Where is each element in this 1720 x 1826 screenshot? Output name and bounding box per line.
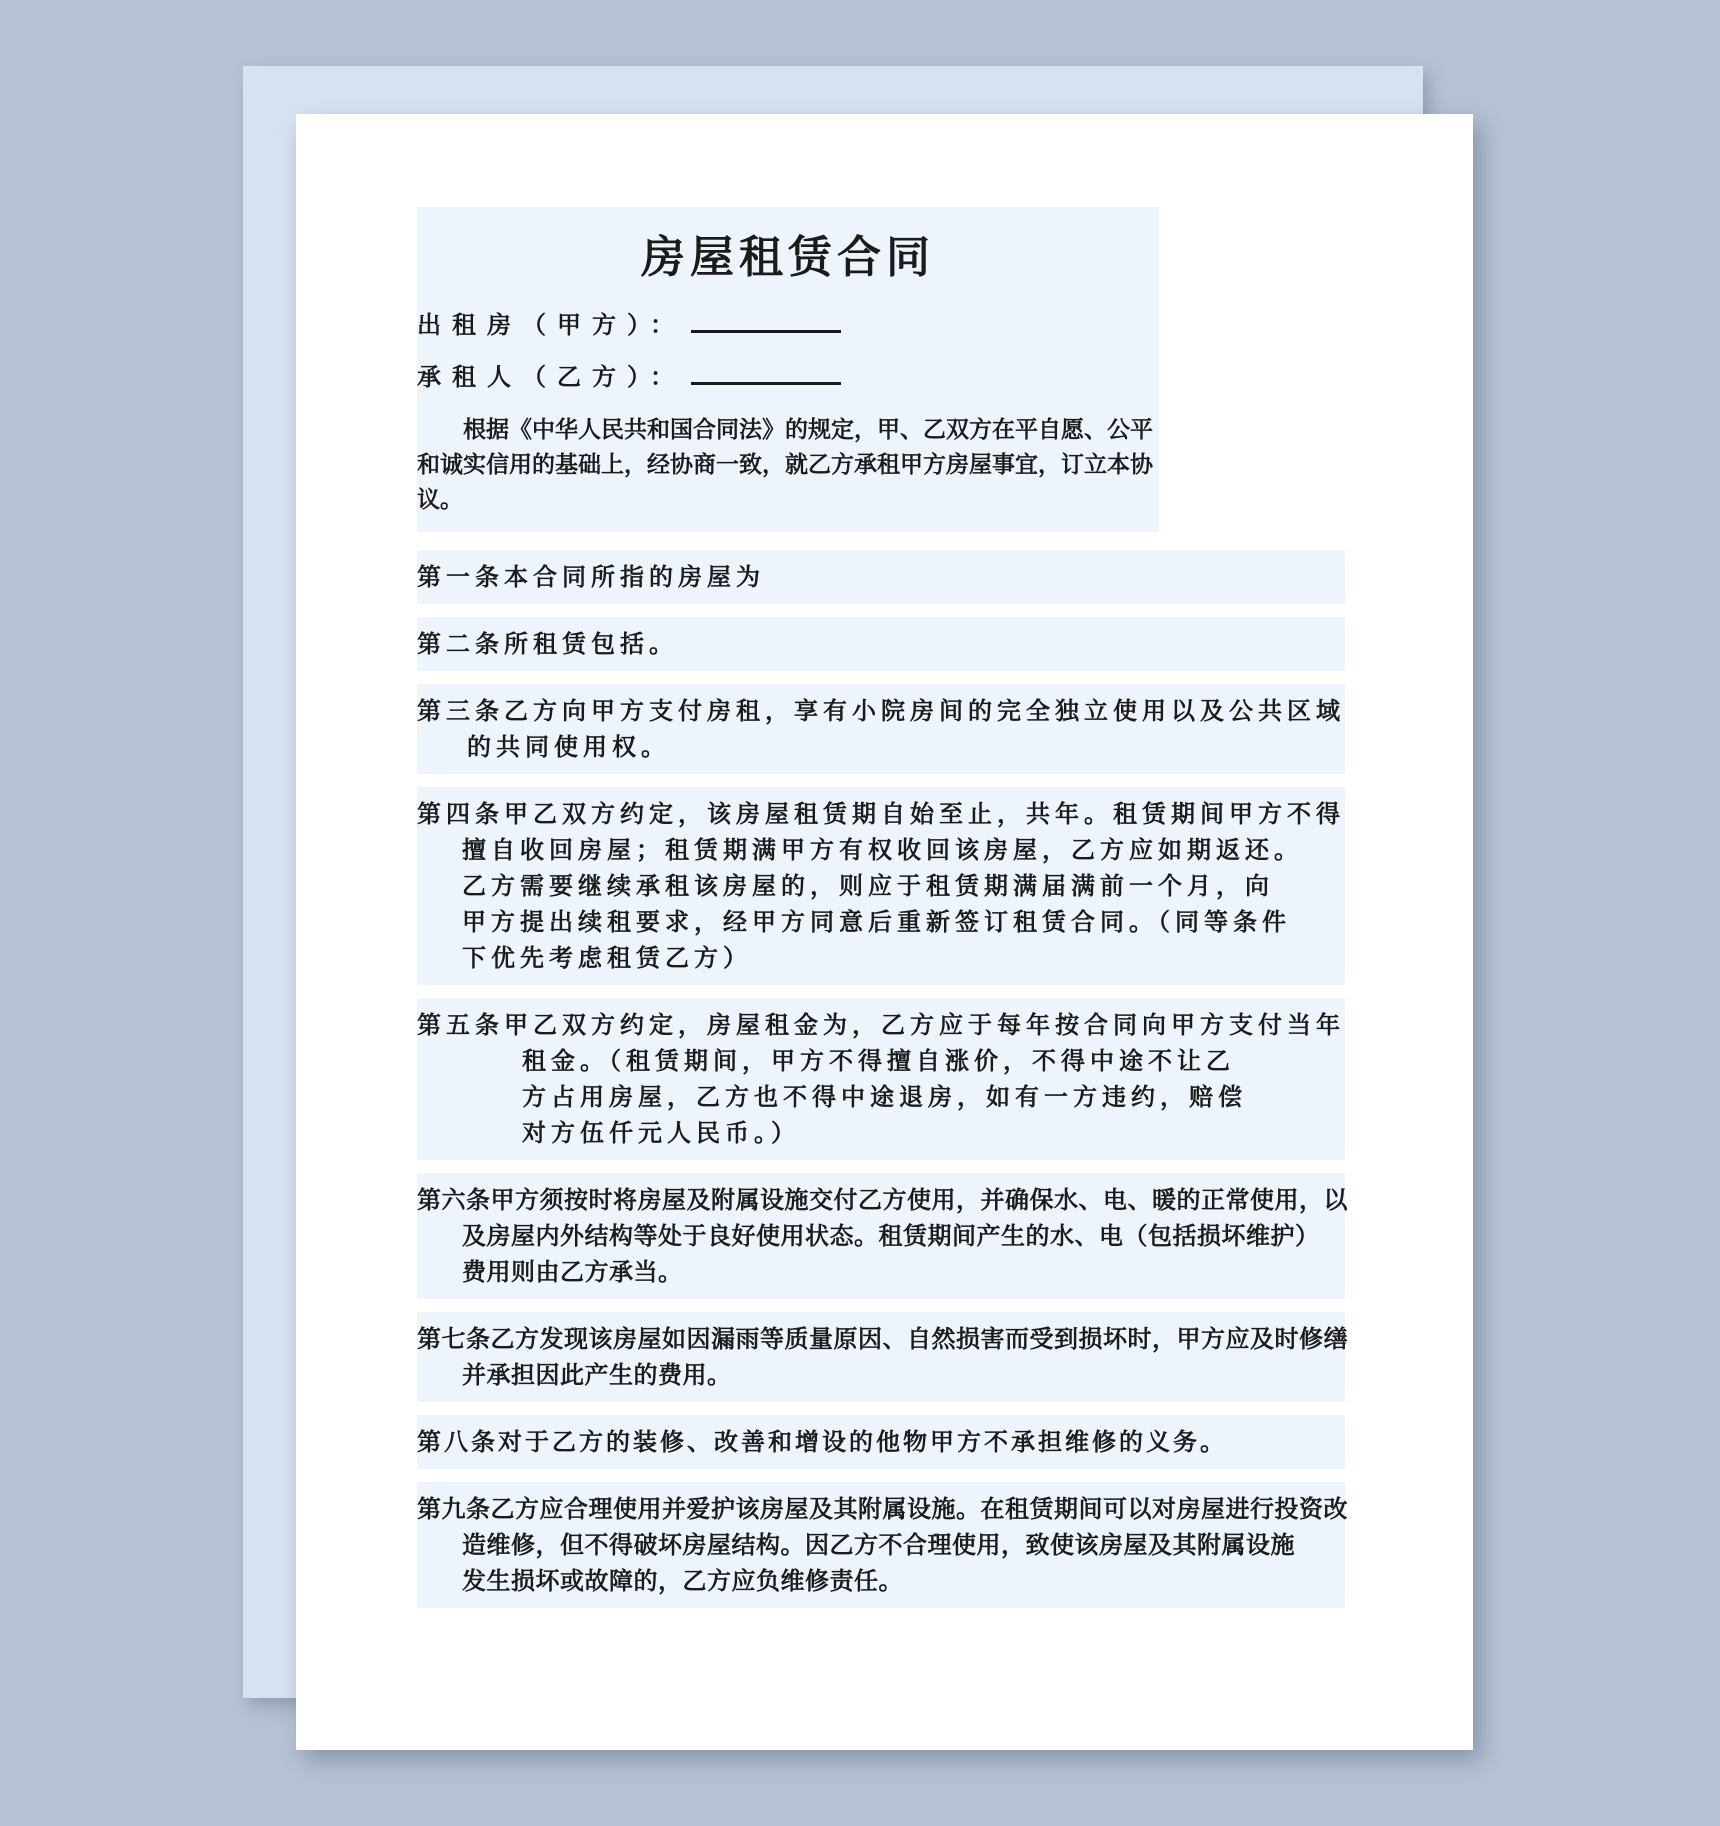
intro-line: 和诚实信用的基础上，经协商一致，就乙方承租甲方房屋事宜，订立本协 xyxy=(417,448,1159,483)
clause-line: 对方伍仟元人民币。） xyxy=(417,1115,1345,1151)
clause-line: 的共同使用权。 xyxy=(417,729,1345,765)
lessor-blank-underline xyxy=(691,304,841,333)
clause-line: 及房屋内外结构等处于良好使用状态。租赁期间产生的水、电（包括损坏维护） xyxy=(417,1218,1345,1254)
clause-4: 第四条甲乙双方约定，该房屋租赁期自始至止，共年。租赁期间甲方不得 擅自收回房屋；… xyxy=(417,787,1345,985)
clause-line: 乙方需要继续承租该房屋的，则应于租赁期满届满前一个月，向 xyxy=(417,868,1345,904)
clause-line: 第二条所租赁包括。 xyxy=(417,626,1345,662)
lessor-label: 出租房（甲方）： xyxy=(417,311,685,339)
clause-2: 第二条所租赁包括。 xyxy=(417,617,1345,671)
intro-paragraph: 根据《中华人民共和国合同法》的规定，甲、乙双方在平自愿、公平 和诚实信用的基础上… xyxy=(417,413,1159,518)
clause-line: 第六条甲方须按时将房屋及附属设施交付乙方使用，并确保水、电、暖的正常使用，以 xyxy=(417,1182,1345,1218)
clause-line: 造维修，但不得破坏房屋结构。因乙方不合理使用，致使该房屋及其附属设施 xyxy=(417,1527,1345,1563)
intro-line: 议。 xyxy=(417,483,1159,518)
contract-title: 房屋租赁合同 xyxy=(417,221,1159,285)
clause-1: 第一条本合同所指的房屋为 xyxy=(417,550,1345,604)
clause-line: 第三条乙方向甲方支付房租，享有小院房间的完全独立使用以及公共区域 xyxy=(417,693,1345,729)
clause-line: 第四条甲乙双方约定，该房屋租赁期自始至止，共年。租赁期间甲方不得 xyxy=(417,796,1345,832)
clause-7: 第七条乙方发现该房屋如因漏雨等质量原因、自然损害而受到损坏时，甲方应及时修缮 并… xyxy=(417,1312,1345,1402)
clause-line: 第九条乙方应合理使用并爱护该房屋及其附属设施。在租赁期间可以对房屋进行投资改 xyxy=(417,1491,1345,1527)
lessee-field: 承租人（乙方）： xyxy=(417,351,1159,403)
clause-line: 擅自收回房屋；租赁期满甲方有权收回该房屋，乙方应如期返还。 xyxy=(417,832,1345,868)
clause-line: 第一条本合同所指的房屋为 xyxy=(417,559,1345,595)
clause-line: 并承担因此产生的费用。 xyxy=(417,1357,1345,1393)
clause-line: 下优先考虑租赁乙方） xyxy=(417,940,1345,976)
clause-9: 第九条乙方应合理使用并爱护该房屋及其附属设施。在租赁期间可以对房屋进行投资改 造… xyxy=(417,1482,1345,1608)
contract-header: 房屋租赁合同 出租房（甲方）： 承租人（乙方）： 根据《中华人民共和国合同法》的… xyxy=(417,207,1159,532)
lessee-blank-underline xyxy=(691,356,841,385)
clause-6: 第六条甲方须按时将房屋及附属设施交付乙方使用，并确保水、电、暖的正常使用，以 及… xyxy=(417,1173,1345,1299)
lessee-label: 承租人（乙方）： xyxy=(417,363,685,391)
intro-line: 根据《中华人民共和国合同法》的规定，甲、乙双方在平自愿、公平 xyxy=(417,413,1159,448)
clause-line: 第七条乙方发现该房屋如因漏雨等质量原因、自然损害而受到损坏时，甲方应及时修缮 xyxy=(417,1321,1345,1357)
clause-line: 方占用房屋，乙方也不得中途退房，如有一方违约，赔偿 xyxy=(417,1079,1345,1115)
clause-line: 第八条对于乙方的装修、改善和增设的他物甲方不承担维修的义务。 xyxy=(417,1424,1345,1460)
clause-3: 第三条乙方向甲方支付房租，享有小院房间的完全独立使用以及公共区域 的共同使用权。 xyxy=(417,684,1345,774)
clause-5: 第五条甲乙双方约定，房屋租金为，乙方应于每年按合同向甲方支付当年 租金。（租赁期… xyxy=(417,998,1345,1160)
clause-8: 第八条对于乙方的装修、改善和增设的他物甲方不承担维修的义务。 xyxy=(417,1415,1345,1469)
clause-line: 第五条甲乙双方约定，房屋租金为，乙方应于每年按合同向甲方支付当年 xyxy=(417,1007,1345,1043)
clause-line: 甲方提出续租要求，经甲方同意后重新签订租赁合同。（同等条件 xyxy=(417,904,1345,940)
contract-page: 房屋租赁合同 出租房（甲方）： 承租人（乙方）： 根据《中华人民共和国合同法》的… xyxy=(296,114,1473,1750)
desktop-background: { "colors": { "background": "#b6c3d4", "… xyxy=(0,0,1720,1826)
clause-line: 费用则由乙方承当。 xyxy=(417,1254,1345,1290)
clause-line: 发生损坏或故障的，乙方应负维修责任。 xyxy=(417,1563,1345,1599)
clause-line: 租金。（租赁期间，甲方不得擅自涨价，不得中途不让乙 xyxy=(417,1043,1345,1079)
lessor-field: 出租房（甲方）： xyxy=(417,299,1159,351)
